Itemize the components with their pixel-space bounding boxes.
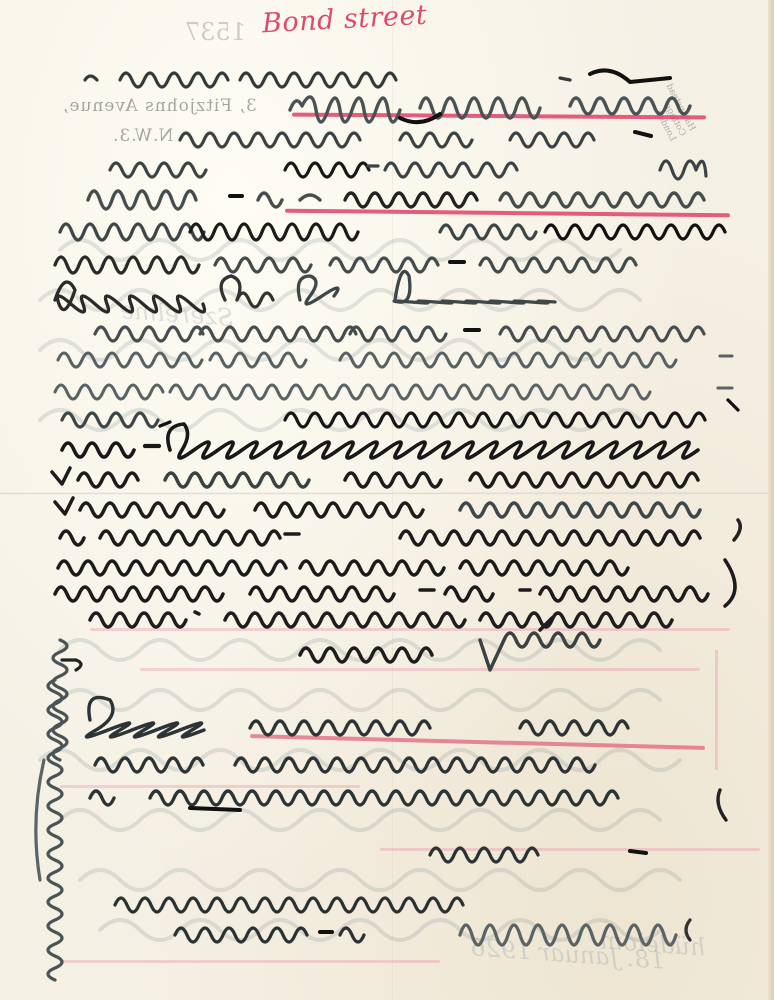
ghost-page-number: 1537 xyxy=(185,18,246,46)
pink-rule-vertical xyxy=(715,650,718,770)
address-stamp: Hampstead Cottage London xyxy=(593,49,697,161)
red-pencil-heading: Bond street xyxy=(261,0,428,39)
letterhead-street: 3, Fitzjohns Avenue, xyxy=(62,96,257,116)
closing-line: ebből – és többek xyxy=(175,912,405,948)
vertical-margin-note: Január 2-án este xyxy=(36,630,76,960)
postscript-line: Jókai nemzeti, van xyxy=(90,704,332,740)
postscript-line: mint szépen vállalva xyxy=(95,742,364,778)
body-line: Lajos. Magam már volt xyxy=(90,596,394,632)
letter-page: 18. Januar 1926 hüdelom Szerelme 1537 3,… xyxy=(0,0,774,1000)
paper-edge xyxy=(768,0,774,1000)
body-line: sikerült – és a modern magyar xyxy=(85,176,485,212)
body-line: helyzetük tovább. Szerintem a mai xyxy=(56,336,513,372)
body-line: irodalmat rendeztük össze, nélkül xyxy=(58,208,504,244)
postscript-line: a világ gyermekei van xyxy=(90,774,379,810)
pink-rule xyxy=(140,668,700,671)
pink-rule xyxy=(60,960,440,963)
body-line: maradt valaki benne – drága xyxy=(55,240,432,276)
letterhead-district: N.W.3. xyxy=(112,126,173,146)
body-line: Gyula vele Ödön, Gyula Jókainak xyxy=(55,274,486,310)
signature-line: voltak Jókai xyxy=(300,632,454,668)
closing-greeting: Üdvözlő – xyxy=(430,832,558,868)
